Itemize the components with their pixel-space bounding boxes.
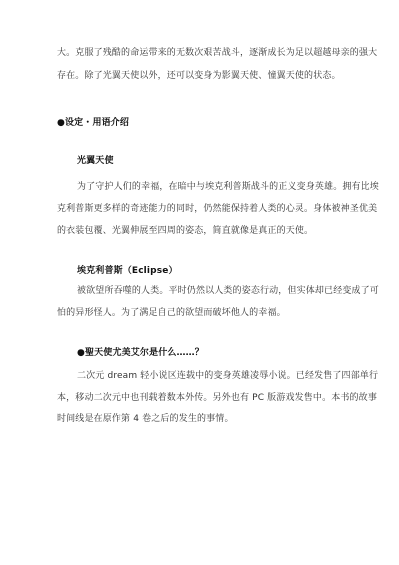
term-2-line-1: 被欲望所吞噬的人类。平时仍然以人类的姿态行动，但实体却已经变成了可 — [77, 285, 379, 297]
question-heading: ●聖天使尤美艾尔是什么……？ — [77, 347, 204, 359]
term-title-light-wing-angel: 光翼天使 — [77, 155, 114, 167]
term-1-line-2: 克利普斯更多样的奇迹能力的同时，仍然能保持着人类的心灵。身体被神圣优美 — [57, 203, 377, 215]
term-2-line-2: 怕的异形怪人。为了满足自己的欲望而破坏他人的幸福。 — [57, 307, 286, 319]
term-1-line-3: 的衣装包覆、光翼伸展至四周的姿态，简直就像是真正的天使。 — [57, 225, 313, 237]
question-line-3: 时间线是在原作第 4 卷之后的发生的事情。 — [57, 413, 234, 425]
term-1-line-1: 为了守护人们的幸福，在暗中与埃克利普斯战斗的正义变身英雄。拥有比埃 — [77, 181, 379, 193]
question-line-2: 本，移动二次元中也刊载着数本外传。另外也有 PC 版游戏发售中。本书的故事 — [57, 392, 377, 404]
intro-line-2: 存在。除了光翼天使以外，还可以变身为影翼天使、憧翼天使的状态。 — [57, 70, 341, 82]
term-title-eclipse: 埃克利普斯（Eclipse） — [77, 265, 178, 277]
question-line-1: 二次元 dream 轻小说区连载中的变身英雄凌辱小说。已经发售了四部单行 — [77, 370, 378, 382]
section-heading: ●设定・用语介绍 — [57, 117, 129, 129]
intro-line-1: 大。克服了残酷的命运带来的无数次艰苦战斗，逐渐成长为足以超越母亲的强大 — [57, 47, 377, 59]
